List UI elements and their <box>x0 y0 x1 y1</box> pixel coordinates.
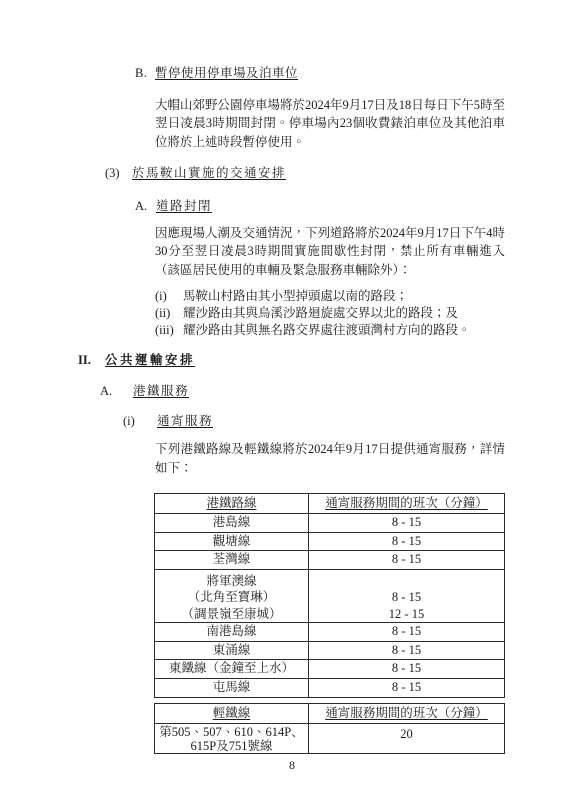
frequency-cell: 8 - 15 <box>309 532 505 551</box>
heading-marker: A. <box>100 384 133 399</box>
heading-mtr-services: A.港鐵服務 <box>100 381 189 399</box>
parking-paragraph: 大帽山郊野公園停車場將於2024年9月17日及18日每日下午5時至翌日凌晨3時期… <box>155 96 505 151</box>
line-group-branch: （北角至寶琳） <box>155 589 308 606</box>
list-text: 耀沙路由其與無名路交界處往渡頭灣村方向的路段。 <box>183 322 471 339</box>
heading-ma-on-shan: (3)於馬鞍山實施的交通安排 <box>105 163 286 181</box>
table-header-row: 輕鐵線 通宵服務期間的班次（分鐘） <box>155 704 505 724</box>
closed-roads-list: (i)馬鞍山村路由其小型掉頭處以南的路段； (ii)耀沙路由其與烏溪沙路迴旋處交… <box>155 288 507 338</box>
heading-road-closure: A.道路封閉 <box>135 196 212 214</box>
line-cell: 荃灣線 <box>155 551 309 570</box>
table-row: 第505、507、610、614P、 615P及751號線 20 <box>155 724 505 754</box>
line-cell: 南港島線 <box>155 623 309 642</box>
frequency-cell: 8 - 15 <box>309 679 505 698</box>
frequency-cell: 8 - 15 <box>309 641 505 660</box>
heading-marker: (i) <box>123 414 157 429</box>
frequency-cell: 8 - 15 <box>309 623 505 642</box>
frequency-cell: 8 - 15 <box>309 514 505 533</box>
lrt-routes-line2: 615P及751號線 <box>155 739 308 753</box>
heading-title: 通宵服務 <box>157 414 213 428</box>
light-rail-table: 輕鐵線 通宵服務期間的班次（分鐘） 第505、507、610、614P、 615… <box>154 703 505 754</box>
heading-marker: B. <box>135 66 155 81</box>
table-row: 觀塘線 8 - 15 <box>155 532 505 551</box>
heading-marker: II. <box>78 353 105 368</box>
table-row: 東鐵線（金鐘至上水） 8 - 15 <box>155 660 505 679</box>
table-row-group: 將軍澳線 （北角至寶琳） （調景嶺至康城） 8 - 15 12 - 15 <box>155 569 505 623</box>
heading-overnight-services: (i)通宵服務 <box>123 411 213 429</box>
page-number: 8 <box>289 758 295 773</box>
mtr-line-header: 港鐵路線 <box>155 494 309 514</box>
overnight-paragraph: 下列港鐵路線及輕鐵線將於2024年9月17日提供通宵服務，詳情如下： <box>155 440 505 477</box>
list-text: 耀沙路由其與烏溪沙路迴旋處交界以北的路段；及 <box>183 305 458 322</box>
line-group-name: 將軍澳線 <box>155 573 308 590</box>
list-marker: (iii) <box>155 322 183 339</box>
line-cell: 將軍澳線 （北角至寶琳） （調景嶺至康城） <box>155 569 309 623</box>
list-item: (iii)耀沙路由其與無名路交界處往渡頭灣村方向的路段。 <box>155 322 507 339</box>
heading-public-transport: II.公共運輸安排 <box>78 350 195 368</box>
list-item: (i)馬鞍山村路由其小型掉頭處以南的路段； <box>155 288 507 305</box>
line-cell: 東鐵線（金鐘至上水） <box>155 660 309 679</box>
frequency-cell: 8 - 15 <box>309 551 505 570</box>
frequency-cell: 8 - 15 12 - 15 <box>309 569 505 623</box>
heading-marker: A. <box>135 199 156 214</box>
list-marker: (i) <box>155 288 183 305</box>
table-row: 東涌線 8 - 15 <box>155 641 505 660</box>
heading-title: 公共運輸安排 <box>105 353 195 367</box>
document-page: B.暫停使用停車場及泊車位 大帽山郊野公園停車場將於2024年9月17日及18日… <box>0 0 566 800</box>
table-header-row: 港鐵路線 通宵服務期間的班次（分鐘） <box>155 494 505 514</box>
heading-marker: (3) <box>105 166 132 181</box>
line-cell: 港島線 <box>155 514 309 533</box>
line-cell: 東涌線 <box>155 641 309 660</box>
lrt-routes-line1: 第505、507、610、614P、 <box>155 725 308 739</box>
road-closure-paragraph: 因應現場人潮及交通情況，下列道路將於2024年9月17日下午4時30分至翌日凌晨… <box>155 224 505 279</box>
heading-title: 於馬鞍山實施的交通安排 <box>132 166 286 180</box>
frequency-blank <box>309 573 504 590</box>
frequency-value: 12 - 15 <box>309 606 504 623</box>
table-row: 荃灣線 8 - 15 <box>155 551 505 570</box>
frequency-header: 通宵服務期間的班次（分鐘） <box>309 494 505 514</box>
line-cell: 屯馬線 <box>155 679 309 698</box>
heading-title: 暫停使用停車場及泊車位 <box>155 66 298 80</box>
list-text: 馬鞍山村路由其小型掉頭處以南的路段； <box>183 288 408 305</box>
line-group-branch: （調景嶺至康城） <box>155 606 308 623</box>
table-row: 港島線 8 - 15 <box>155 514 505 533</box>
heading-title: 道路封閉 <box>156 199 212 213</box>
line-cell: 觀塘線 <box>155 532 309 551</box>
heading-parking-suspension: B.暫停使用停車場及泊車位 <box>135 63 298 81</box>
lrt-line-header: 輕鐵線 <box>155 704 309 724</box>
list-marker: (ii) <box>155 305 183 322</box>
table-row: 南港島線 8 - 15 <box>155 623 505 642</box>
frequency-header: 通宵服務期間的班次（分鐘） <box>309 704 505 724</box>
frequency-value: 8 - 15 <box>309 589 504 606</box>
list-item: (ii)耀沙路由其與烏溪沙路迴旋處交界以北的路段；及 <box>155 305 507 322</box>
line-cell: 第505、507、610、614P、 615P及751號線 <box>155 724 309 754</box>
frequency-cell: 20 <box>309 724 505 754</box>
table-row: 屯馬線 8 - 15 <box>155 679 505 698</box>
heading-title: 港鐵服務 <box>133 384 189 398</box>
mtr-lines-table: 港鐵路線 通宵服務期間的班次（分鐘） 港島線 8 - 15 觀塘線 8 - 15… <box>154 493 505 698</box>
frequency-cell: 8 - 15 <box>309 660 505 679</box>
